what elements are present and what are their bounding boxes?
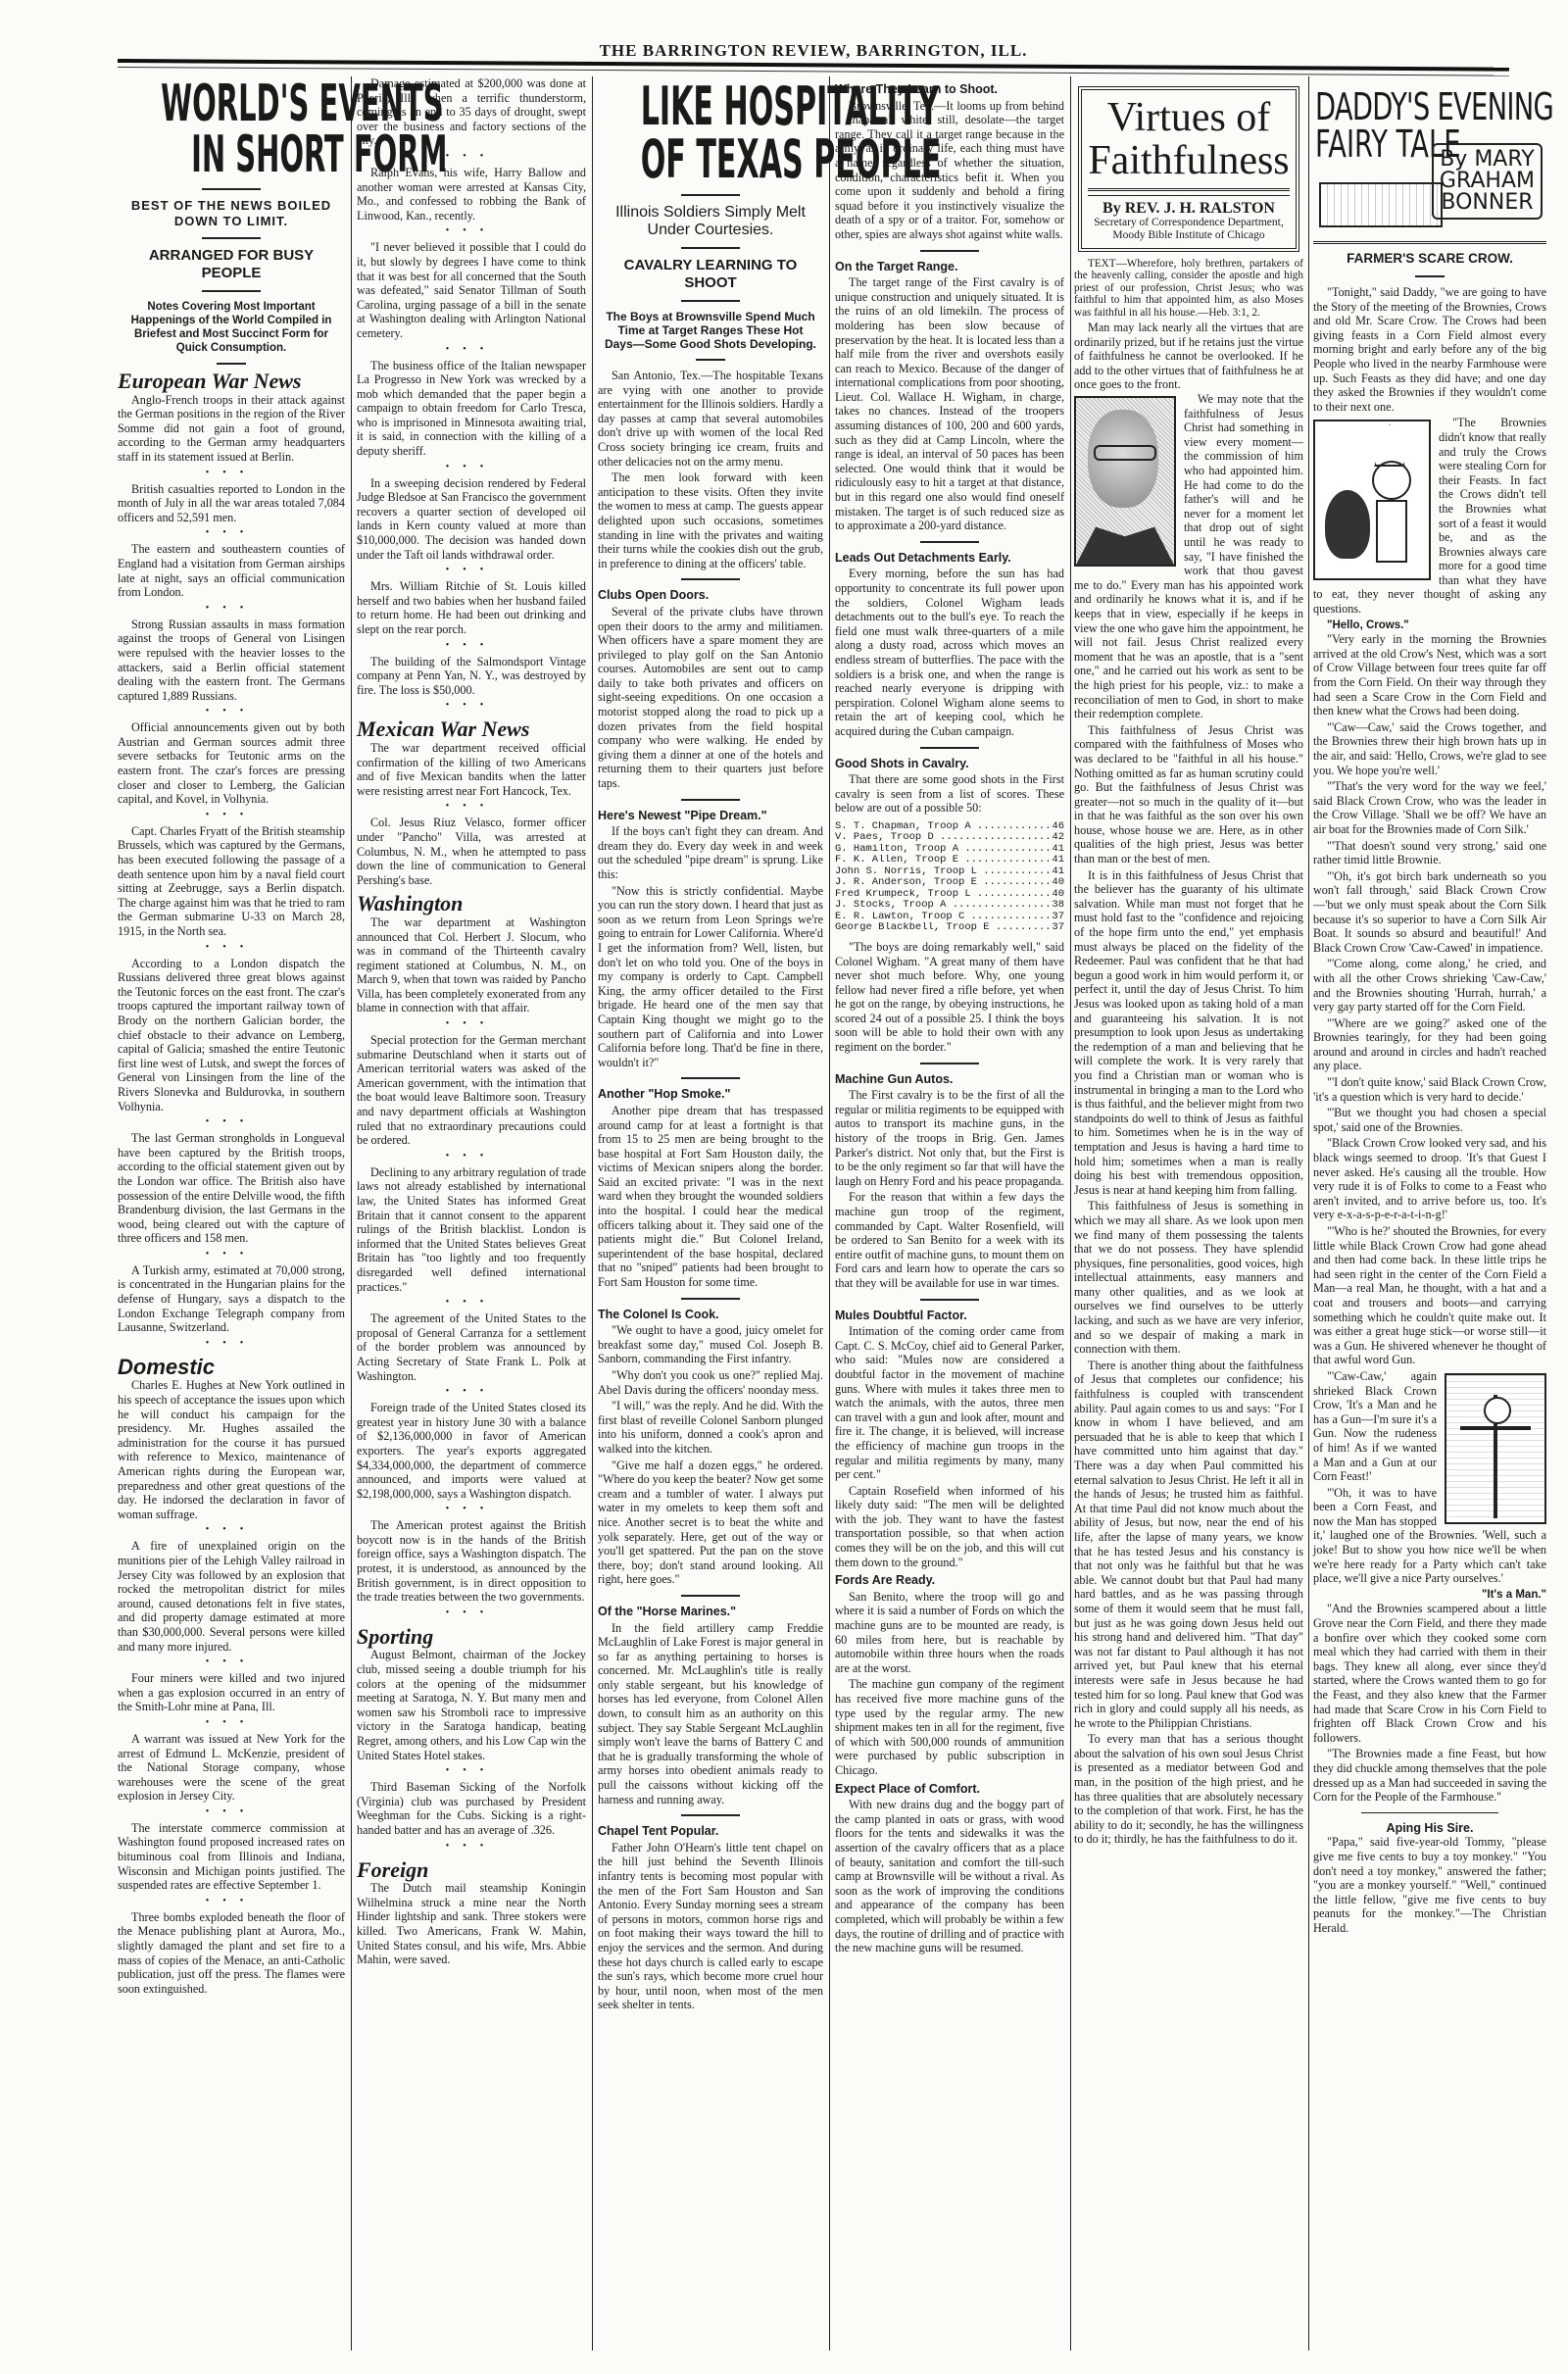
sermon-title: Virtues of Faithfulness bbox=[1088, 96, 1290, 182]
rule bbox=[920, 1299, 979, 1301]
news-item: The last German strongholds in Longueval… bbox=[118, 1131, 345, 1246]
sermon-title-box: Virtues of Faithfulness By REV. J. H. RA… bbox=[1078, 86, 1299, 252]
author-portrait bbox=[1074, 396, 1176, 567]
subheading: Chapel Tent Popular. bbox=[598, 1824, 823, 1839]
story-paragraph: "Black Crown Crow looked very sad, and h… bbox=[1313, 1136, 1546, 1222]
separator-stars: ••• bbox=[118, 705, 345, 718]
story-paragraph: "Tonight," said Daddy, "we are going to … bbox=[1313, 285, 1546, 414]
column-texas-hospitality: LIKE HOSPITALITY OF TEXAS PEOPLE Illinoi… bbox=[598, 76, 823, 2014]
subhead: BEST OF THE NEWS BOILED DOWN TO LIMIT. bbox=[123, 198, 339, 229]
story-paragraph: "'That doesn't sound very strong,' said … bbox=[1313, 839, 1546, 867]
section-heading: Washington bbox=[357, 897, 586, 912]
article-paragraph: If the boys can't fight they can dream. … bbox=[598, 824, 823, 881]
score-row: V. Paes, Troop D42 bbox=[835, 832, 1064, 844]
story-paragraph: "'Caw—Caw,' said the Crows together, and… bbox=[1313, 720, 1546, 777]
story-paragraph: "The Brownies made a fine Feast, but how… bbox=[1313, 1747, 1546, 1804]
news-item: A fire of unexplained origin on the muni… bbox=[118, 1539, 345, 1654]
headline: WORLD'S EVENTS IN SHORT FORM bbox=[161, 78, 302, 180]
column-worlds-events: WORLD'S EVENTS IN SHORT FORM BEST OF THE… bbox=[118, 76, 345, 1998]
article-paragraph: Every morning, before the sun has had op… bbox=[835, 567, 1064, 738]
news-item: Declining to any arbitrary regulation of… bbox=[357, 1165, 586, 1294]
subheading: Machine Gun Autos. bbox=[835, 1072, 1064, 1087]
news-item: A warrant was issued at New York for the… bbox=[118, 1732, 345, 1804]
score-row: J. R. Anderson, Troop E40 bbox=[835, 877, 1064, 889]
subheading: Mules Doubtful Factor. bbox=[835, 1309, 1064, 1323]
section-heading: European War News bbox=[118, 374, 345, 389]
news-item: Special protection for the German mercha… bbox=[357, 1033, 586, 1148]
sermon-paragraph: This faithfulness of Jesus Christ was co… bbox=[1074, 723, 1303, 866]
scarecrow-head bbox=[1484, 1397, 1511, 1424]
scarecrow-arm bbox=[1460, 1426, 1531, 1430]
scarecrow-illustration bbox=[1445, 1373, 1546, 1524]
rule bbox=[681, 300, 740, 302]
separator-stars: ••• bbox=[357, 564, 586, 577]
article-paragraph: "Give me half a dozen eggs," he ordered.… bbox=[598, 1459, 823, 1587]
rule bbox=[681, 1077, 740, 1079]
separator-stars: ••• bbox=[118, 467, 345, 480]
rule bbox=[681, 1298, 740, 1300]
separator-stars: ••• bbox=[118, 1523, 345, 1537]
rule bbox=[202, 188, 261, 190]
rule bbox=[681, 799, 740, 801]
article-paragraph: The machine gun company of the regiment … bbox=[835, 1677, 1064, 1777]
filler-paragraph: "Papa," said five-year-old Tommy, "pleas… bbox=[1313, 1835, 1546, 1935]
column-divider bbox=[1308, 76, 1309, 2350]
news-item: Capt. Charles Fryatt of the British stea… bbox=[118, 824, 345, 939]
score-row: S. T. Chapman, Troop A46 bbox=[835, 821, 1064, 833]
portrait-glasses bbox=[1094, 445, 1156, 461]
separator-stars: ••• bbox=[118, 1716, 345, 1730]
article-paragraph: Intimation of the coming order came from… bbox=[835, 1324, 1064, 1482]
article-paragraph: For the reason that within a few days th… bbox=[835, 1190, 1064, 1290]
separator-stars: ••• bbox=[118, 1248, 345, 1261]
news-item: In a sweeping decision rendered by Feder… bbox=[357, 476, 586, 563]
brownie-face bbox=[1372, 461, 1411, 500]
score-row: John S. Norris, Troop L41 bbox=[835, 866, 1064, 878]
brownie-body bbox=[1376, 500, 1407, 563]
news-item: Four miners were killed and two injured … bbox=[118, 1671, 345, 1714]
story-paragraph: "Very early in the morning the Brownies … bbox=[1313, 632, 1546, 718]
column-divider bbox=[1070, 76, 1071, 2350]
score-row: J. Stocks, Troop A38 bbox=[835, 900, 1064, 912]
section-heading: Domestic bbox=[118, 1360, 345, 1375]
article-paragraph: That there are some good shots in the Fi… bbox=[835, 772, 1064, 816]
article-paragraph: Several of the private clubs have thrown… bbox=[598, 605, 823, 791]
news-item: The eastern and southeastern counties of… bbox=[118, 542, 345, 599]
illustration-caption: "It's a Man." bbox=[1313, 1588, 1546, 1603]
rule bbox=[681, 578, 740, 580]
separator-stars: ••• bbox=[118, 941, 345, 955]
article-paragraph: San Benito, where the troop will go and … bbox=[835, 1590, 1064, 1676]
fairy-tale-header: DADDY'S EVENING FAIRY TALE By MARY GRAHA… bbox=[1313, 84, 1546, 244]
separator-stars: ••• bbox=[118, 1115, 345, 1129]
subheading: The Colonel Is Cook. bbox=[598, 1308, 823, 1322]
rule bbox=[681, 1595, 740, 1597]
news-item: The war department received official con… bbox=[357, 741, 586, 798]
column-divider bbox=[592, 76, 593, 2350]
story-paragraph: "'Who is he?' shouted the Brownies, for … bbox=[1313, 1224, 1546, 1367]
news-item: Three bombs exploded beneath the floor o… bbox=[118, 1910, 345, 1997]
headline: LIKE HOSPITALITY OF TEXAS PEOPLE bbox=[641, 80, 781, 186]
portrait-coat bbox=[1076, 518, 1174, 565]
separator-stars: ••• bbox=[357, 1607, 586, 1620]
rule bbox=[920, 250, 979, 252]
subhead: Illinois Soldiers Simply Melt Under Cour… bbox=[598, 204, 823, 239]
filler-heading: Aping His Sire. bbox=[1313, 1821, 1546, 1836]
separator-stars: ••• bbox=[357, 1296, 586, 1310]
news-item: Strong Russian assaults in mass formatio… bbox=[118, 618, 345, 704]
news-item: Mrs. William Ritchie of St. Louis killed… bbox=[357, 579, 586, 636]
score-list: S. T. Chapman, Troop A46 V. Paes, Troop … bbox=[835, 821, 1064, 934]
news-item: The agreement of the United States to th… bbox=[357, 1311, 586, 1383]
sermon-paragraph: There is another thing about the faithfu… bbox=[1074, 1359, 1303, 1730]
rule bbox=[1415, 275, 1445, 277]
column-divider bbox=[351, 76, 352, 2350]
separator-stars: ••• bbox=[357, 343, 586, 357]
byline-title: Secretary of Correspondence Department, bbox=[1088, 217, 1290, 229]
news-item: August Belmont, chairman of the Jockey c… bbox=[357, 1648, 586, 1762]
byline: By REV. J. H. RALSTON bbox=[1088, 202, 1290, 217]
author-box: By MARY GRAHAM BONNER bbox=[1432, 143, 1543, 220]
separator-stars: ••• bbox=[357, 699, 586, 713]
header-illustration bbox=[1319, 182, 1443, 227]
article-paragraph: The First cavalry is to be the first of … bbox=[835, 1088, 1064, 1188]
news-item: "I never believed it possible that I cou… bbox=[357, 240, 586, 340]
column-daddys-fairy-tale: DADDY'S EVENING FAIRY TALE By MARY GRAHA… bbox=[1313, 76, 1546, 1938]
story-title: FARMER'S SCARE CROW. bbox=[1313, 250, 1546, 268]
separator-stars: ••• bbox=[118, 526, 345, 540]
deck: The Boys at Brownsville Spend Much Time … bbox=[604, 310, 817, 351]
separator-stars: ••• bbox=[357, 800, 586, 814]
score-row: F. K. Allen, Troop E41 bbox=[835, 855, 1064, 866]
news-item: The interstate commerce commission at Wa… bbox=[118, 1821, 345, 1893]
masthead: THE BARRINGTON REVIEW, BARRINGTON, ILL. bbox=[118, 41, 1509, 61]
article-paragraph: "Now this is strictly confidential. Mayb… bbox=[598, 884, 823, 1070]
article-paragraph: "We ought to have a good, juicy omelet f… bbox=[598, 1323, 823, 1366]
article-paragraph: The target range of the First cavalry is… bbox=[835, 275, 1064, 533]
section-heading: Sporting bbox=[357, 1630, 586, 1645]
separator-stars: ••• bbox=[118, 1656, 345, 1669]
article-paragraph: Father John O'Hearn's little tent chapel… bbox=[598, 1841, 823, 2012]
scripture-text: TEXT—Wherefore, holy brethren, partakers… bbox=[1074, 258, 1303, 320]
news-item: The business office of the Italian newsp… bbox=[357, 359, 586, 459]
separator-stars: ••• bbox=[357, 224, 586, 238]
subheading: Expect Place of Comfort. bbox=[835, 1782, 1064, 1797]
score-row: Fred Krumpeck, Troop L40 bbox=[835, 889, 1064, 901]
separator-stars: ••• bbox=[118, 1337, 345, 1351]
news-item: Ralph Evans, his wife, Harry Ballow and … bbox=[357, 166, 586, 223]
separator-stars: ••• bbox=[357, 1764, 586, 1778]
separator-stars: ••• bbox=[357, 1503, 586, 1516]
sermon-paragraph: This faithfulness of Jesus is something … bbox=[1074, 1199, 1303, 1357]
fairy-tale-title: DADDY'S EVENING bbox=[1315, 88, 1480, 125]
subheading: On the Target Range. bbox=[835, 260, 1064, 274]
subheading: Leads Out Detachments Early. bbox=[835, 551, 1064, 566]
rule bbox=[681, 1814, 740, 1816]
rule bbox=[217, 363, 246, 365]
separator-stars: ••• bbox=[357, 639, 586, 653]
news-item: Col. Jesus Riuz Velasco, former officer … bbox=[357, 816, 586, 887]
news-item: The Dutch mail steamship Koningin Wilhel… bbox=[357, 1881, 586, 1967]
article-paragraph: "The boys are doing remarkably well," sa… bbox=[835, 940, 1064, 1055]
score-row: E. R. Lawton, Troop C37 bbox=[835, 912, 1064, 923]
article-paragraph: The men look forward with keen anticipat… bbox=[598, 470, 823, 570]
rule bbox=[1088, 188, 1290, 196]
rule bbox=[681, 194, 740, 196]
news-item: British casualties reported to London in… bbox=[118, 482, 345, 525]
subheading: Fords Are Ready. bbox=[835, 1573, 1064, 1588]
article-paragraph: In the field artillery camp Freddie McLa… bbox=[598, 1621, 823, 1807]
subhead: CAVALRY LEARNING TO SHOOT bbox=[598, 257, 823, 292]
deck: Notes Covering Most Important Happenings… bbox=[123, 300, 339, 355]
sermon-paragraph: It is in this faithfulness of Jesus Chri… bbox=[1074, 868, 1303, 1198]
article-paragraph: Brownsville, Tex.—It looms up from behin… bbox=[835, 99, 1064, 242]
news-item: The American protest against the British… bbox=[357, 1518, 586, 1605]
story-paragraph: "'Come along, come along,' he cried, and… bbox=[1313, 957, 1546, 1014]
news-item: According to a London dispatch the Russi… bbox=[118, 957, 345, 1114]
separator-stars: ••• bbox=[357, 1385, 586, 1399]
separator-stars: ••• bbox=[357, 150, 586, 164]
article-paragraph: Another pipe dream that has trespassed a… bbox=[598, 1104, 823, 1290]
subheading: Of the "Horse Marines." bbox=[598, 1605, 823, 1619]
illustration-caption: "Hello, Crows." bbox=[1313, 618, 1546, 633]
story-paragraph: "And the Brownies scampered about a litt… bbox=[1313, 1602, 1546, 1745]
rule bbox=[202, 237, 261, 239]
subheading: Clubs Open Doors. bbox=[598, 588, 823, 603]
story-paragraph: "'Where are we going?' asked one of the … bbox=[1313, 1016, 1546, 1073]
score-row: George Blackbell, Troop E37 bbox=[835, 922, 1064, 934]
article-paragraph: Captain Rosefield when informed of his l… bbox=[835, 1484, 1064, 1570]
article-paragraph: San Antonio, Tex.—The hospitable Texans … bbox=[598, 369, 823, 469]
column-target-range: Where They Learn to Shoot. Brownsville, … bbox=[835, 76, 1064, 1957]
separator-stars: ••• bbox=[357, 1150, 586, 1163]
rule bbox=[202, 290, 261, 292]
news-item: Foreign trade of the United States close… bbox=[357, 1401, 586, 1501]
separator-stars: ••• bbox=[357, 1840, 586, 1854]
news-item: The war department at Washington announc… bbox=[357, 915, 586, 1015]
score-row: G. Hamilton, Troop A41 bbox=[835, 844, 1064, 856]
rule bbox=[1361, 1812, 1498, 1813]
separator-stars: ••• bbox=[357, 461, 586, 474]
rule bbox=[696, 359, 725, 361]
rule bbox=[681, 247, 740, 249]
crows-brownies-illustration bbox=[1313, 420, 1431, 580]
news-item: The building of the Salmondsport Vintage… bbox=[357, 655, 586, 698]
rule bbox=[920, 1063, 979, 1064]
news-item: Official announcements given out by both… bbox=[118, 720, 345, 807]
separator-stars: ••• bbox=[357, 1017, 586, 1031]
article-paragraph: With new drains dug and the boggy part o… bbox=[835, 1798, 1064, 1955]
column-news-continued: Damage estimated at $200,000 was done at… bbox=[357, 76, 586, 1969]
separator-stars: ••• bbox=[118, 1895, 345, 1908]
news-item: Anglo-French troops in their attack agai… bbox=[118, 393, 345, 465]
rule bbox=[920, 541, 979, 543]
story-paragraph: "'Oh, it's got birch bark underneath so … bbox=[1313, 869, 1546, 956]
subheading: Another "Hop Smoke." bbox=[598, 1087, 823, 1102]
news-item: Third Baseman Sicking of the Norfolk (Vi… bbox=[357, 1780, 586, 1837]
story-paragraph: "'That's the very word for the way we fe… bbox=[1313, 779, 1546, 836]
subheading: Here's Newest "Pipe Dream." bbox=[598, 809, 823, 823]
separator-stars: ••• bbox=[118, 602, 345, 616]
subheading: Good Shots in Cavalry. bbox=[835, 757, 1064, 771]
article-paragraph: "Why don't you cook us one?" replied Maj… bbox=[598, 1368, 823, 1397]
separator-stars: ••• bbox=[118, 809, 345, 822]
crow-icon bbox=[1325, 490, 1370, 559]
subhead: ARRANGED FOR BUSY PEOPLE bbox=[118, 247, 345, 282]
byline-institution: Moody Bible Institute of Chicago bbox=[1088, 229, 1290, 242]
news-item: Damage estimated at $200,000 was done at… bbox=[357, 76, 586, 148]
rule bbox=[920, 747, 979, 749]
column-divider bbox=[829, 76, 830, 2350]
story-paragraph: "'I don't quite know,' said Black Crown … bbox=[1313, 1075, 1546, 1104]
sermon-paragraph: Man may lack nearly all the virtues that… bbox=[1074, 321, 1303, 392]
article-paragraph: "I will," was the reply. And he did. Wit… bbox=[598, 1399, 823, 1456]
subheading: Where They Learn to Shoot. bbox=[835, 82, 1064, 97]
section-heading: Mexican War News bbox=[357, 722, 586, 737]
news-item: Charles E. Hughes at New York outlined i… bbox=[118, 1378, 345, 1521]
separator-stars: ••• bbox=[118, 1805, 345, 1819]
column-virtues-faithfulness: Virtues of Faithfulness By REV. J. H. RA… bbox=[1074, 76, 1303, 1849]
section-heading: Foreign bbox=[357, 1863, 586, 1878]
story-paragraph: "'But we thought you had chosen a specia… bbox=[1313, 1106, 1546, 1134]
sermon-paragraph: To every man that has a serious thought … bbox=[1074, 1732, 1303, 1847]
news-item: A Turkish army, estimated at 70,000 stro… bbox=[118, 1263, 345, 1335]
